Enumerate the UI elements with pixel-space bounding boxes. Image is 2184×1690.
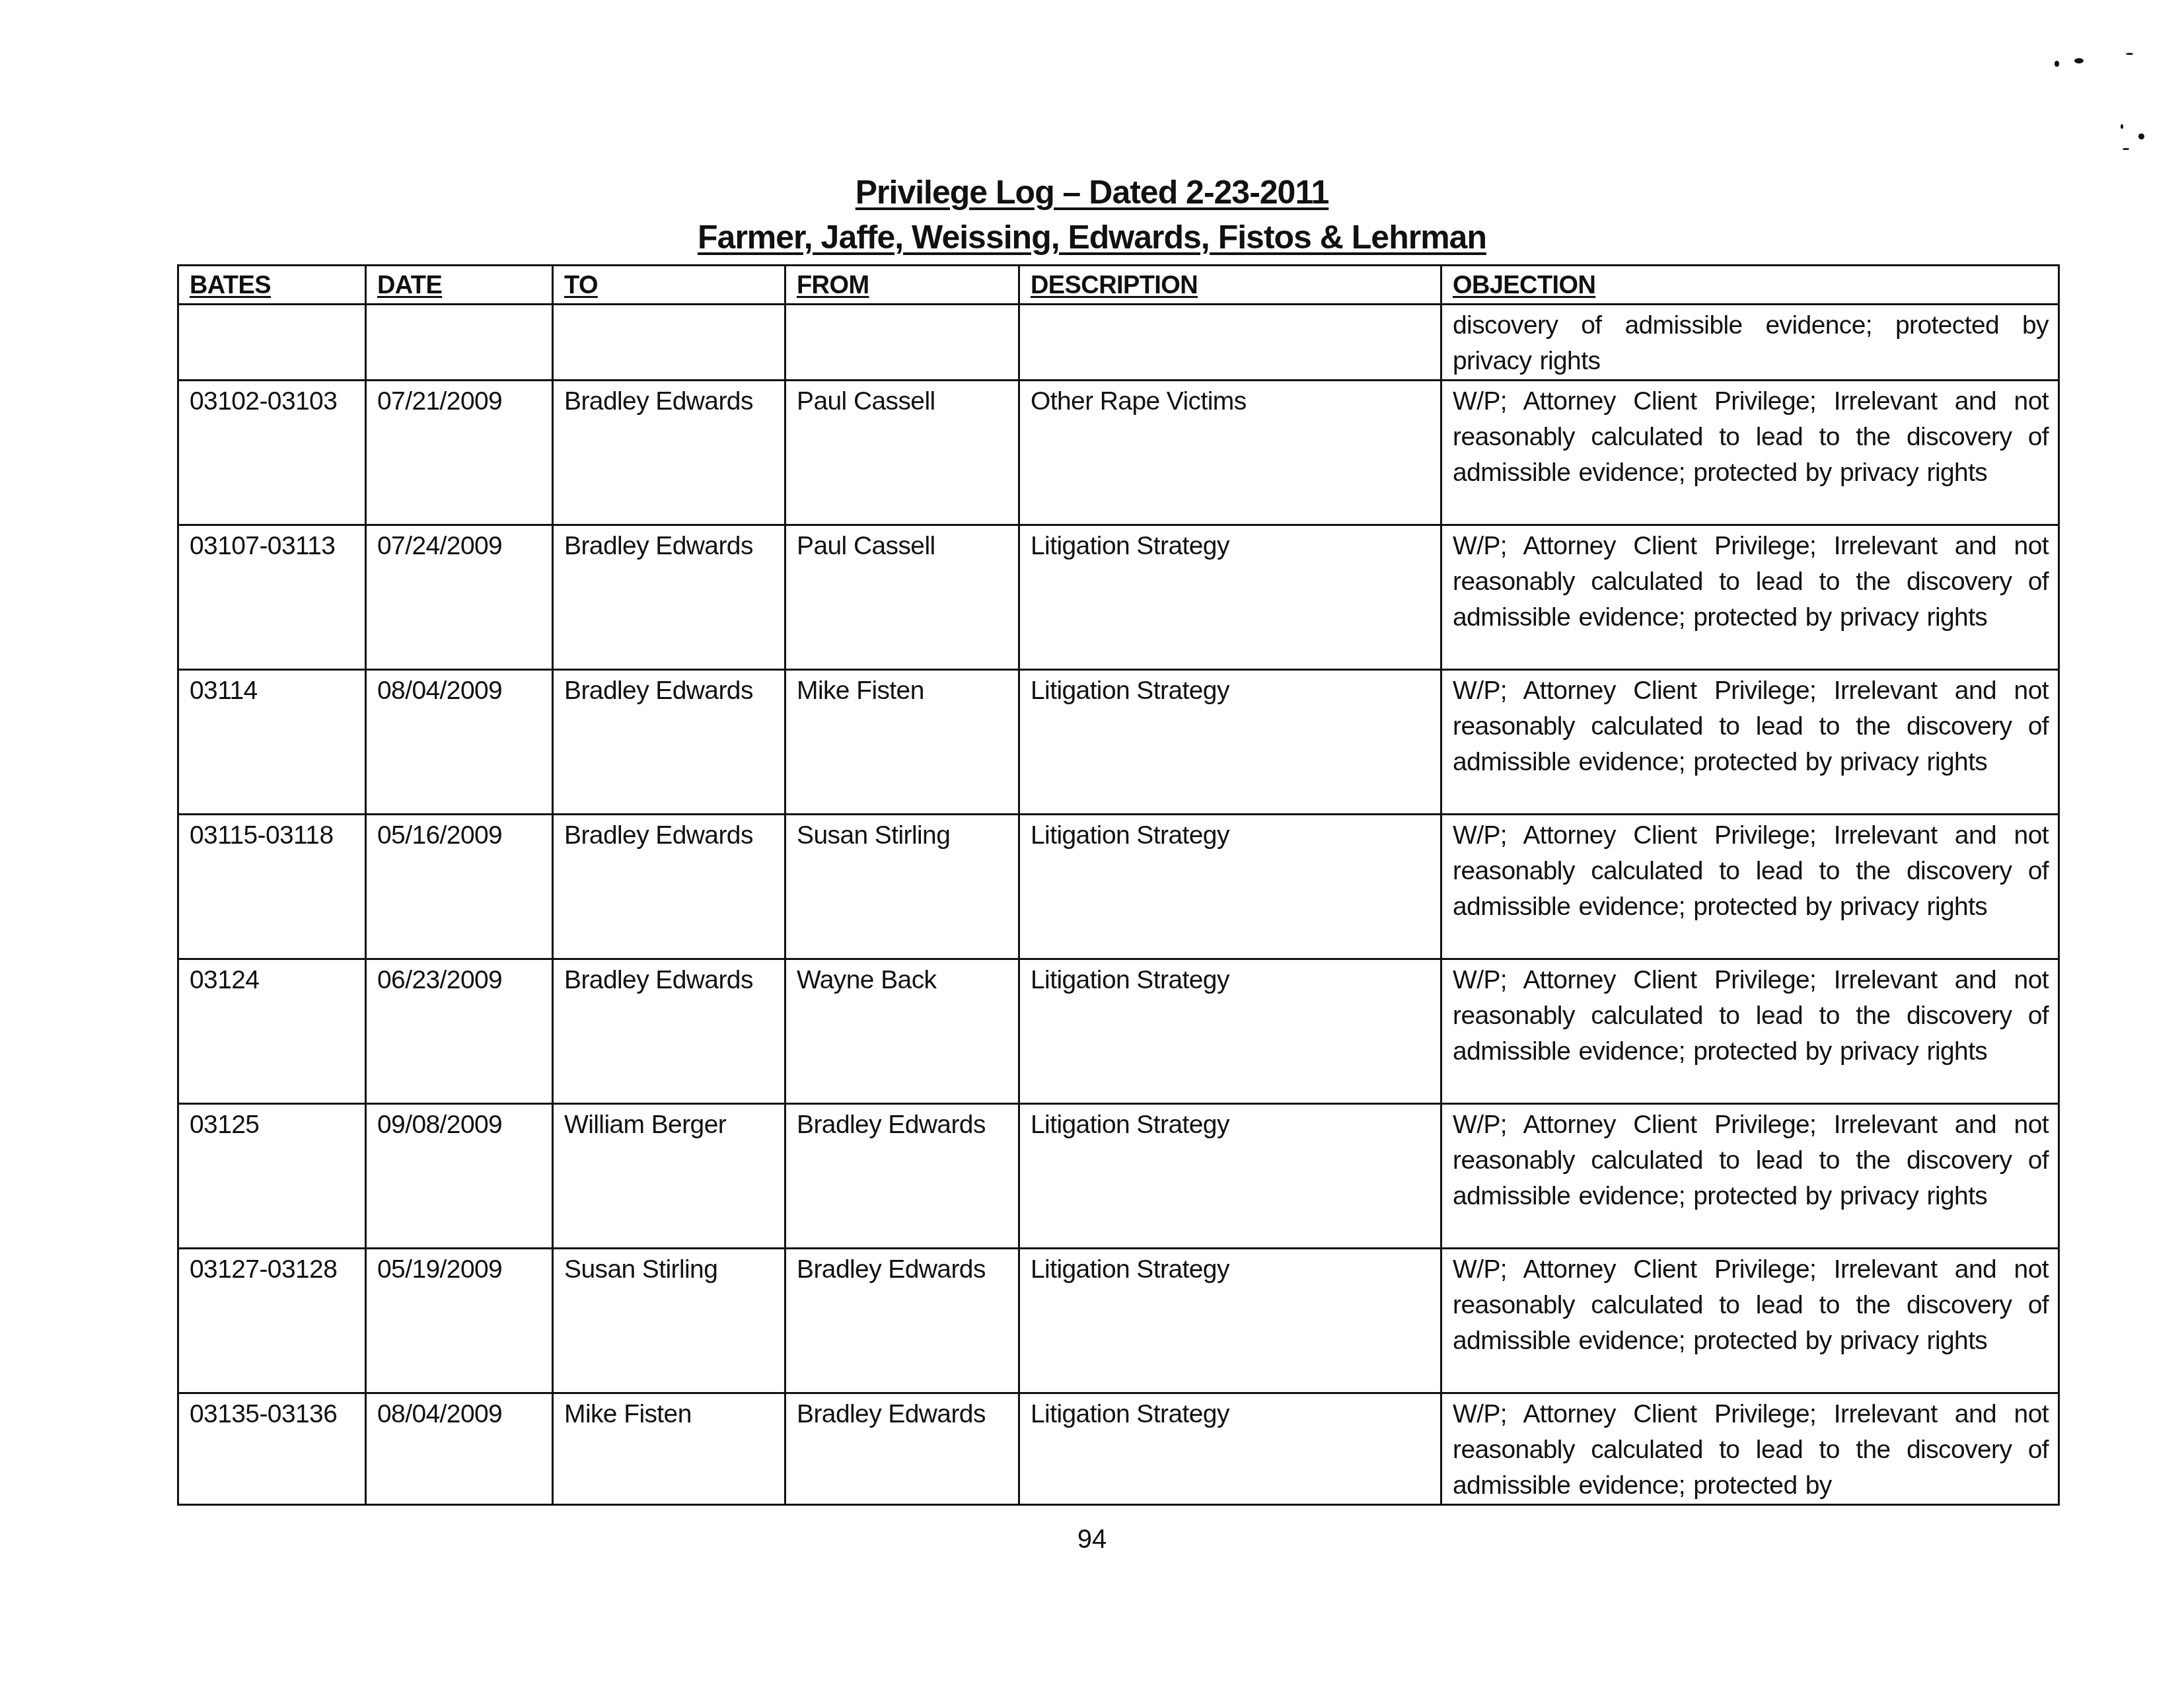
cell-objection: W/P; Attorney Client Privilege; Irreleva…: [1441, 381, 2059, 525]
cell-date: 05/19/2009: [366, 1249, 553, 1393]
cell-date: 07/21/2009: [366, 381, 553, 525]
cell-from: Susan Stirling: [785, 815, 1019, 959]
scan-speck: [2138, 133, 2144, 139]
table-row: 03107-0311307/24/2009Bradley EdwardsPaul…: [178, 525, 2059, 670]
page-number: 94: [0, 1525, 2184, 1555]
cell-description: Litigation Strategy: [1019, 1249, 1441, 1393]
cell-from: Mike Fisten: [785, 670, 1019, 815]
cell-to: Bradley Edwards: [553, 815, 785, 959]
cell-date: [366, 305, 553, 381]
column-header-date: DATE: [366, 266, 553, 305]
cell-from: Paul Cassell: [785, 525, 1019, 670]
column-header-bates: BATES: [178, 266, 366, 305]
column-header-description: DESCRIPTION: [1019, 266, 1441, 305]
table-row: 03115-0311805/16/2009Bradley EdwardsSusa…: [178, 815, 2059, 959]
cell-to: Bradley Edwards: [553, 381, 785, 525]
cell-bates: 03107-03113: [178, 525, 366, 670]
cell-to: Bradley Edwards: [553, 525, 785, 670]
cell-objection: W/P; Attorney Client Privilege; Irreleva…: [1441, 670, 2059, 815]
cell-objection: W/P; Attorney Client Privilege; Irreleva…: [1441, 959, 2059, 1104]
cell-to: Bradley Edwards: [553, 959, 785, 1104]
scan-speck: [2123, 148, 2129, 150]
table-row-continuation: discovery of admissible evidence; protec…: [178, 305, 2059, 381]
cell-objection: W/P; Attorney Client Privilege; Irreleva…: [1441, 525, 2059, 670]
column-header-from: FROM: [785, 266, 1019, 305]
cell-description: [1019, 305, 1441, 381]
column-header-objection: OBJECTION: [1441, 266, 2059, 305]
cell-bates: 03102-03103: [178, 381, 366, 525]
scan-speck: [2074, 58, 2084, 63]
document-subtitle: Farmer, Jaffe, Weissing, Edwards, Fistos…: [0, 218, 2184, 256]
cell-to: William Berger: [553, 1104, 785, 1249]
cell-bates: 03125: [178, 1104, 366, 1249]
cell-date: 07/24/2009: [366, 525, 553, 670]
cell-description: Other Rape Victims: [1019, 381, 1441, 525]
cell-bates: [178, 305, 366, 381]
document-title: Privilege Log – Dated 2-23-2011: [0, 173, 2184, 211]
cell-description: Litigation Strategy: [1019, 959, 1441, 1104]
cell-from: Wayne Back: [785, 959, 1019, 1104]
cell-to: Bradley Edwards: [553, 670, 785, 815]
cell-from: Bradley Edwards: [785, 1104, 1019, 1249]
cell-to: [553, 305, 785, 381]
cell-description: Litigation Strategy: [1019, 815, 1441, 959]
cell-to: Mike Fisten: [553, 1393, 785, 1505]
cell-date: 06/23/2009: [366, 959, 553, 1104]
header-row: BATES DATE TO FROM DESCRIPTION OBJECTION: [178, 266, 2059, 305]
scan-speck: [2121, 124, 2123, 129]
cell-description: Litigation Strategy: [1019, 1393, 1441, 1505]
cell-to: Susan Stirling: [553, 1249, 785, 1393]
cell-from: Bradley Edwards: [785, 1393, 1019, 1505]
cell-objection: W/P; Attorney Client Privilege; Irreleva…: [1441, 1104, 2059, 1249]
cell-date: 05/16/2009: [366, 815, 553, 959]
table-row: 03135-0313608/04/2009Mike FistenBradley …: [178, 1393, 2059, 1505]
cell-objection: W/P; Attorney Client Privilege; Irreleva…: [1441, 1393, 2059, 1505]
table-row: 03102-0310307/21/2009Bradley EdwardsPaul…: [178, 381, 2059, 525]
scan-speck: [2126, 53, 2133, 55]
table-row: 0312406/23/2009Bradley EdwardsWayne Back…: [178, 959, 2059, 1104]
cell-description: Litigation Strategy: [1019, 670, 1441, 815]
table-row: 0312509/08/2009William BergerBradley Edw…: [178, 1104, 2059, 1249]
cell-bates: 03135-03136: [178, 1393, 366, 1505]
cell-from: Paul Cassell: [785, 381, 1019, 525]
cell-from: Bradley Edwards: [785, 1249, 1019, 1393]
cell-objection: discovery of admissible evidence; protec…: [1441, 305, 2059, 381]
cell-date: 09/08/2009: [366, 1104, 553, 1249]
table-row: 0311408/04/2009Bradley EdwardsMike Fiste…: [178, 670, 2059, 815]
privilege-log-table: BATES DATE TO FROM DESCRIPTION OBJECTION…: [177, 264, 2060, 1506]
column-header-to: TO: [553, 266, 785, 305]
cell-objection: W/P; Attorney Client Privilege; Irreleva…: [1441, 815, 2059, 959]
scan-speck: [2055, 61, 2059, 67]
cell-bates: 03127-03128: [178, 1249, 366, 1393]
table-row: 03127-0312805/19/2009Susan StirlingBradl…: [178, 1249, 2059, 1393]
cell-bates: 03115-03118: [178, 815, 366, 959]
cell-description: Litigation Strategy: [1019, 1104, 1441, 1249]
cell-from: [785, 305, 1019, 381]
cell-description: Litigation Strategy: [1019, 525, 1441, 670]
cell-bates: 03124: [178, 959, 366, 1104]
cell-objection: W/P; Attorney Client Privilege; Irreleva…: [1441, 1249, 2059, 1393]
cell-bates: 03114: [178, 670, 366, 815]
cell-date: 08/04/2009: [366, 670, 553, 815]
cell-date: 08/04/2009: [366, 1393, 553, 1505]
